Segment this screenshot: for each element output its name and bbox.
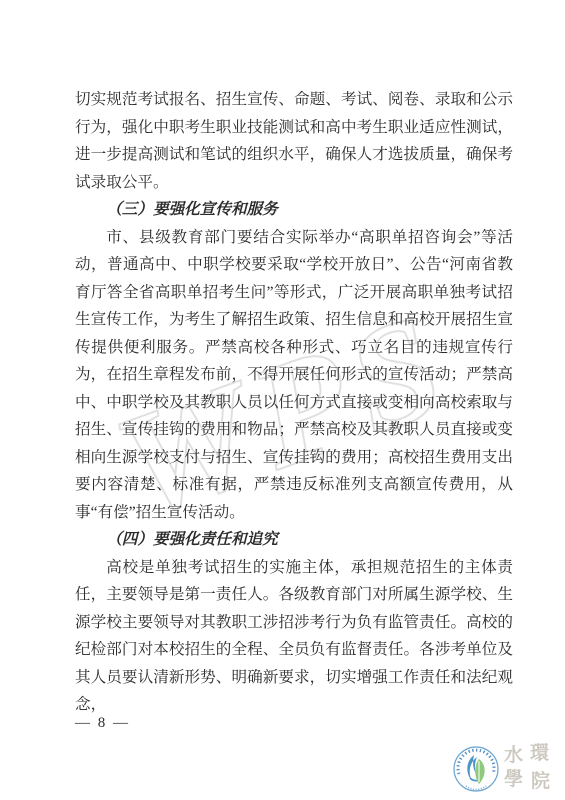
college-stamp-text: 水 環 學 院 xyxy=(504,744,552,792)
page-number: — 8 — xyxy=(75,715,130,732)
stamp-char-shui: 水 xyxy=(504,744,528,768)
stamp-char-yuan: 院 xyxy=(531,770,555,794)
document-body: 切实规范考试报名、招生宣传、命题、考试、阅卷、录取和公示行为，强化中职考生职业技… xyxy=(75,86,513,719)
paragraph-publicity: 市、县级教育部门要结合实际举办“高职单招咨询会”等活动，普通高中、中职学校要采取… xyxy=(75,224,513,527)
document-page: WPS 切实规范考试报名、招生宣传、命题、考试、阅卷、录取和公示行为，强化中职考… xyxy=(0,0,565,800)
section-heading-3: （三）要强化宣传和服务 xyxy=(75,196,513,224)
section-heading-4: （四）要强化责任和追究 xyxy=(75,526,513,554)
paragraph-responsibility: 高校是单独考试招生的实施主体，承担规范招生的主体责任，主要领导是第一责任人。各级… xyxy=(75,554,513,719)
stamp-char-huan: 環 xyxy=(530,742,554,766)
paragraph-continuation: 切实规范考试报名、招生宣传、命题、考试、阅卷、录取和公示行为，强化中职考生职业技… xyxy=(75,86,513,196)
college-stamp: 水 環 學 院 xyxy=(452,744,564,800)
stamp-char-xue: 學 xyxy=(504,768,528,792)
college-emblem-icon xyxy=(452,744,500,799)
